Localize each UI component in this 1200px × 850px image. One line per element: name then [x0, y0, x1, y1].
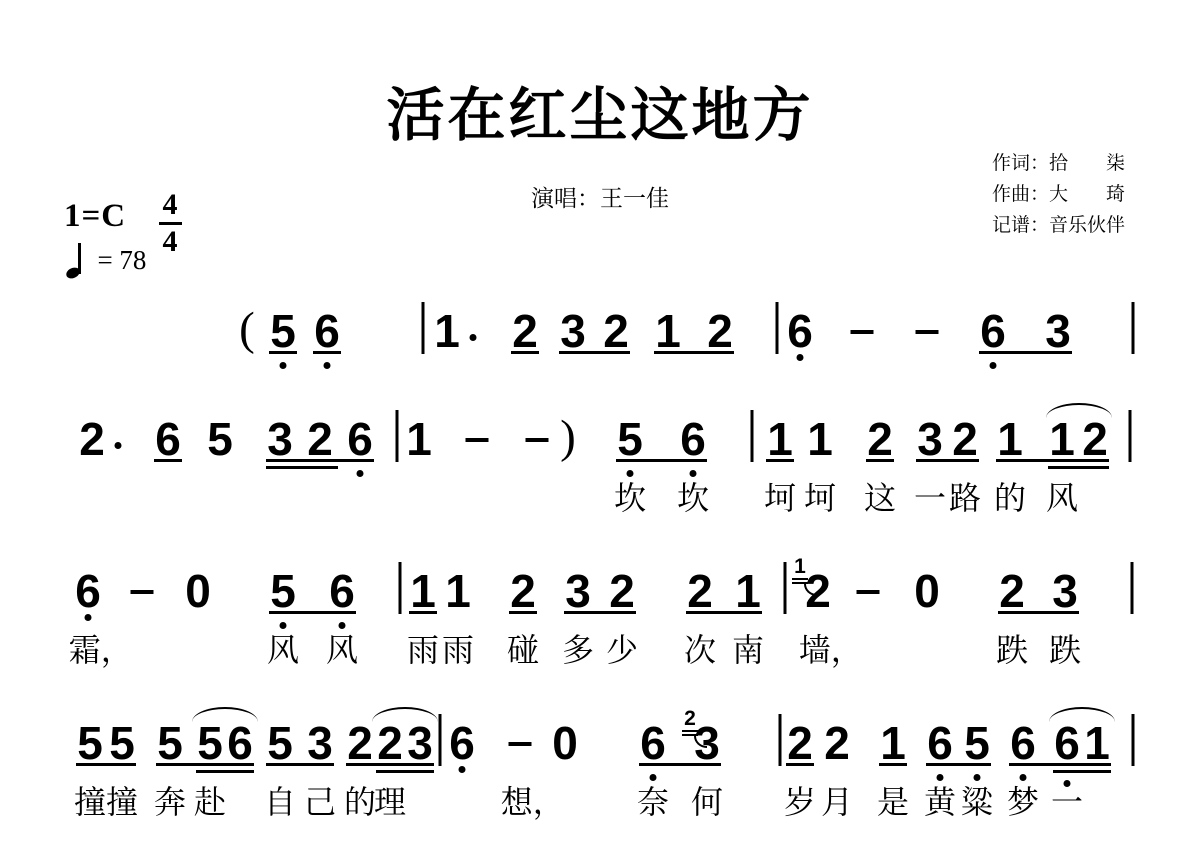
barline: [776, 302, 779, 354]
beam-underline: [266, 763, 334, 766]
lyric-syllable: 粱: [961, 786, 993, 818]
slur-arc: [1049, 707, 1115, 722]
octave-dot: [357, 470, 364, 477]
beam-underline: [639, 763, 721, 766]
note-digit: 2: [609, 568, 635, 614]
note-digit: 6: [927, 720, 953, 766]
lyric-syllable: 霜，: [69, 634, 133, 666]
lyric-syllable: 是: [877, 786, 909, 818]
beam-underline: [511, 351, 539, 354]
barline: [784, 562, 787, 614]
lyric-syllable: 理: [374, 786, 406, 818]
beam-underline: [866, 459, 894, 462]
note-digit: 6: [75, 568, 101, 614]
beam-underline: [509, 611, 537, 614]
beam-underline: [156, 763, 254, 766]
note-digit: 2: [79, 416, 105, 462]
octave-dot: [990, 362, 997, 369]
octave-dot: [459, 766, 466, 773]
lyric-syllable: 己: [304, 786, 336, 818]
beam-underline: [266, 459, 374, 462]
barline: [1129, 410, 1132, 462]
note-digit: 2: [787, 720, 813, 766]
note-digit: 6: [680, 416, 706, 462]
lyric-syllable: 跌: [1049, 634, 1081, 666]
octave-dot: [1020, 774, 1027, 781]
beam-underline: [926, 763, 991, 766]
note-digit: 2: [952, 416, 978, 462]
octave-dot: [650, 774, 657, 781]
note-digit: 6: [1054, 720, 1080, 766]
note-digit: 1: [767, 416, 793, 462]
lyric-syllable: 碰: [507, 634, 539, 666]
lyric-syllable: 岁: [784, 786, 816, 818]
octave-dot: [627, 470, 634, 477]
note-digit: 6: [227, 720, 253, 766]
barline: [396, 410, 399, 462]
note-digit: 1: [807, 416, 833, 462]
duration-dash: [916, 330, 939, 334]
duration-dash: [857, 590, 880, 594]
note-digit: 2: [377, 720, 403, 766]
augmentation-dot: [470, 334, 477, 341]
duration-dash: [851, 330, 874, 334]
note-digit: 3: [917, 416, 943, 462]
lyric-syllable: 奔: [154, 786, 186, 818]
lyric-syllable: 风: [326, 634, 358, 666]
note-digit: 5: [197, 720, 223, 766]
note-digit: 6: [640, 720, 666, 766]
close-paren: ): [560, 414, 576, 461]
beam-underline: [1009, 763, 1111, 766]
barline: [1132, 302, 1135, 354]
note-digit: 2: [603, 308, 629, 354]
lyric-syllable: 奈: [637, 786, 669, 818]
note-digit: 3: [267, 416, 293, 462]
note-digit: 6: [155, 416, 181, 462]
grace-note: 1: [794, 556, 806, 577]
beam-underline: [313, 351, 341, 354]
note-digit: 5: [267, 720, 293, 766]
barline: [779, 714, 782, 766]
note-digit: 1: [410, 568, 436, 614]
note-digit: 6: [449, 720, 475, 766]
note-digit: 1: [445, 568, 471, 614]
note-digit: 5: [617, 416, 643, 462]
octave-dot: [690, 470, 697, 477]
octave-dot: [85, 614, 92, 621]
beam-underline: [998, 611, 1079, 614]
note-digit: 3: [307, 720, 333, 766]
note-digit: 2: [307, 416, 333, 462]
note-digit: 2: [707, 308, 733, 354]
slur-arc: [1046, 403, 1112, 418]
lyric-syllable: 想，: [501, 786, 565, 818]
note-digit: 6: [787, 308, 813, 354]
note-digit: 2: [824, 720, 850, 766]
note-digit: 3: [560, 308, 586, 354]
note-digit: 1: [655, 308, 681, 354]
lyric-syllable: 撞: [106, 786, 138, 818]
beam-underline: [996, 459, 1109, 462]
augmentation-dot: [115, 442, 122, 449]
note-digit: 2: [867, 416, 893, 462]
octave-dot: [324, 362, 331, 369]
beam-underline: [154, 459, 182, 462]
beam-underline: [616, 459, 707, 462]
lyric-syllable: 月: [821, 786, 853, 818]
lyric-syllable: 一: [914, 482, 946, 514]
note-digit: 3: [1052, 568, 1078, 614]
lyric-syllable: 的: [344, 786, 376, 818]
note-digit: 3: [694, 720, 720, 766]
note-digit: 1: [434, 308, 460, 354]
note-digit: 2: [999, 568, 1025, 614]
lyric-syllable: 这: [864, 482, 896, 514]
note-digit: 3: [1045, 308, 1071, 354]
beam-underline: [654, 351, 734, 354]
slur-arc: [192, 707, 258, 722]
beam-underline: [686, 611, 762, 614]
barline: [399, 562, 402, 614]
barline: [1132, 714, 1135, 766]
note-digit: 5: [207, 416, 233, 462]
octave-dot: [280, 622, 287, 629]
lyric-syllable: 风: [267, 634, 299, 666]
lyric-syllable: 坎: [677, 482, 709, 514]
note-digit: 1: [735, 568, 761, 614]
duration-dash: [509, 742, 532, 746]
lyric-syllable: 坷: [764, 482, 796, 514]
open-paren: (: [239, 306, 255, 353]
lyric-syllable: 少: [606, 634, 638, 666]
beam-underline: [76, 763, 136, 766]
note-digit: 1: [406, 416, 432, 462]
lyric-syllable: 雨: [407, 634, 439, 666]
note-digit: 5: [109, 720, 135, 766]
lyric-syllable: 墙，: [799, 634, 863, 666]
lyric-syllable: 跌: [996, 634, 1028, 666]
note-digit: 5: [270, 568, 296, 614]
note-digit: 0: [185, 568, 211, 614]
duration-dash: [526, 438, 549, 442]
note-digit: 5: [270, 308, 296, 354]
note-digit: 6: [980, 308, 1006, 354]
note-digit: 6: [347, 416, 373, 462]
lyric-syllable: 撞: [74, 786, 106, 818]
beam-underline: [564, 611, 636, 614]
lyric-syllable: 一: [1051, 786, 1083, 818]
lyric-syllable: 路: [949, 482, 981, 514]
note-digit: 2: [347, 720, 373, 766]
score-area: (561232126632653261)5坎6坎1坷1坷2这3一2路1的1风26…: [0, 0, 1200, 850]
beam-underline: [346, 763, 434, 766]
beam-underline: [916, 459, 979, 462]
barline: [751, 410, 754, 462]
duration-dash: [131, 590, 154, 594]
beam-underline: [766, 459, 794, 462]
beam-underline: [196, 770, 254, 773]
lyric-syllable: 自: [264, 786, 296, 818]
beam-underline: [409, 611, 437, 614]
note-digit: 1: [1084, 720, 1110, 766]
note-digit: 5: [157, 720, 183, 766]
note-digit: 1: [880, 720, 906, 766]
lyric-syllable: 南: [732, 634, 764, 666]
note-digit: 1: [997, 416, 1023, 462]
octave-dot: [974, 774, 981, 781]
beam-underline: [269, 611, 356, 614]
lyric-syllable: 坎: [614, 482, 646, 514]
note-digit: 3: [407, 720, 433, 766]
note-digit: 5: [77, 720, 103, 766]
barline: [1131, 562, 1134, 614]
lyric-syllable: 何: [691, 786, 723, 818]
beam-underline: [266, 466, 338, 469]
note-digit: 2: [805, 568, 831, 614]
octave-dot: [797, 354, 804, 361]
beam-underline: [1048, 466, 1109, 469]
beam-underline: [1053, 770, 1111, 773]
barline: [422, 302, 425, 354]
note-digit: 6: [314, 308, 340, 354]
note-digit: 3: [565, 568, 591, 614]
lyric-syllable: 赴: [194, 786, 226, 818]
note-digit: 2: [512, 308, 538, 354]
octave-dot: [339, 622, 346, 629]
beam-underline: [559, 351, 630, 354]
beam-underline: [979, 351, 1072, 354]
note-digit: 2: [1082, 416, 1108, 462]
note-digit: 2: [687, 568, 713, 614]
note-digit: 0: [914, 568, 940, 614]
note-digit: 1: [1049, 416, 1075, 462]
beam-underline: [879, 763, 907, 766]
lyric-syllable: 多: [562, 634, 594, 666]
barline: [439, 714, 442, 766]
duration-dash: [466, 438, 489, 442]
lyric-syllable: 风: [1046, 482, 1078, 514]
beam-underline: [269, 351, 297, 354]
lyric-syllable: 雨: [442, 634, 474, 666]
note-digit: 0: [552, 720, 578, 766]
lyric-syllable: 梦: [1007, 786, 1039, 818]
beam-underline: [786, 763, 814, 766]
lyric-syllable: 坷: [804, 482, 836, 514]
note-digit: 6: [1010, 720, 1036, 766]
lyric-syllable: 次: [684, 634, 716, 666]
note-digit: 6: [329, 568, 355, 614]
lyric-syllable: 黄: [924, 786, 956, 818]
beam-underline: [376, 770, 434, 773]
octave-dot: [280, 362, 287, 369]
lyric-syllable: 的: [994, 482, 1026, 514]
octave-dot: [937, 774, 944, 781]
slur-arc: [372, 707, 438, 722]
note-digit: 5: [964, 720, 990, 766]
note-digit: 2: [510, 568, 536, 614]
